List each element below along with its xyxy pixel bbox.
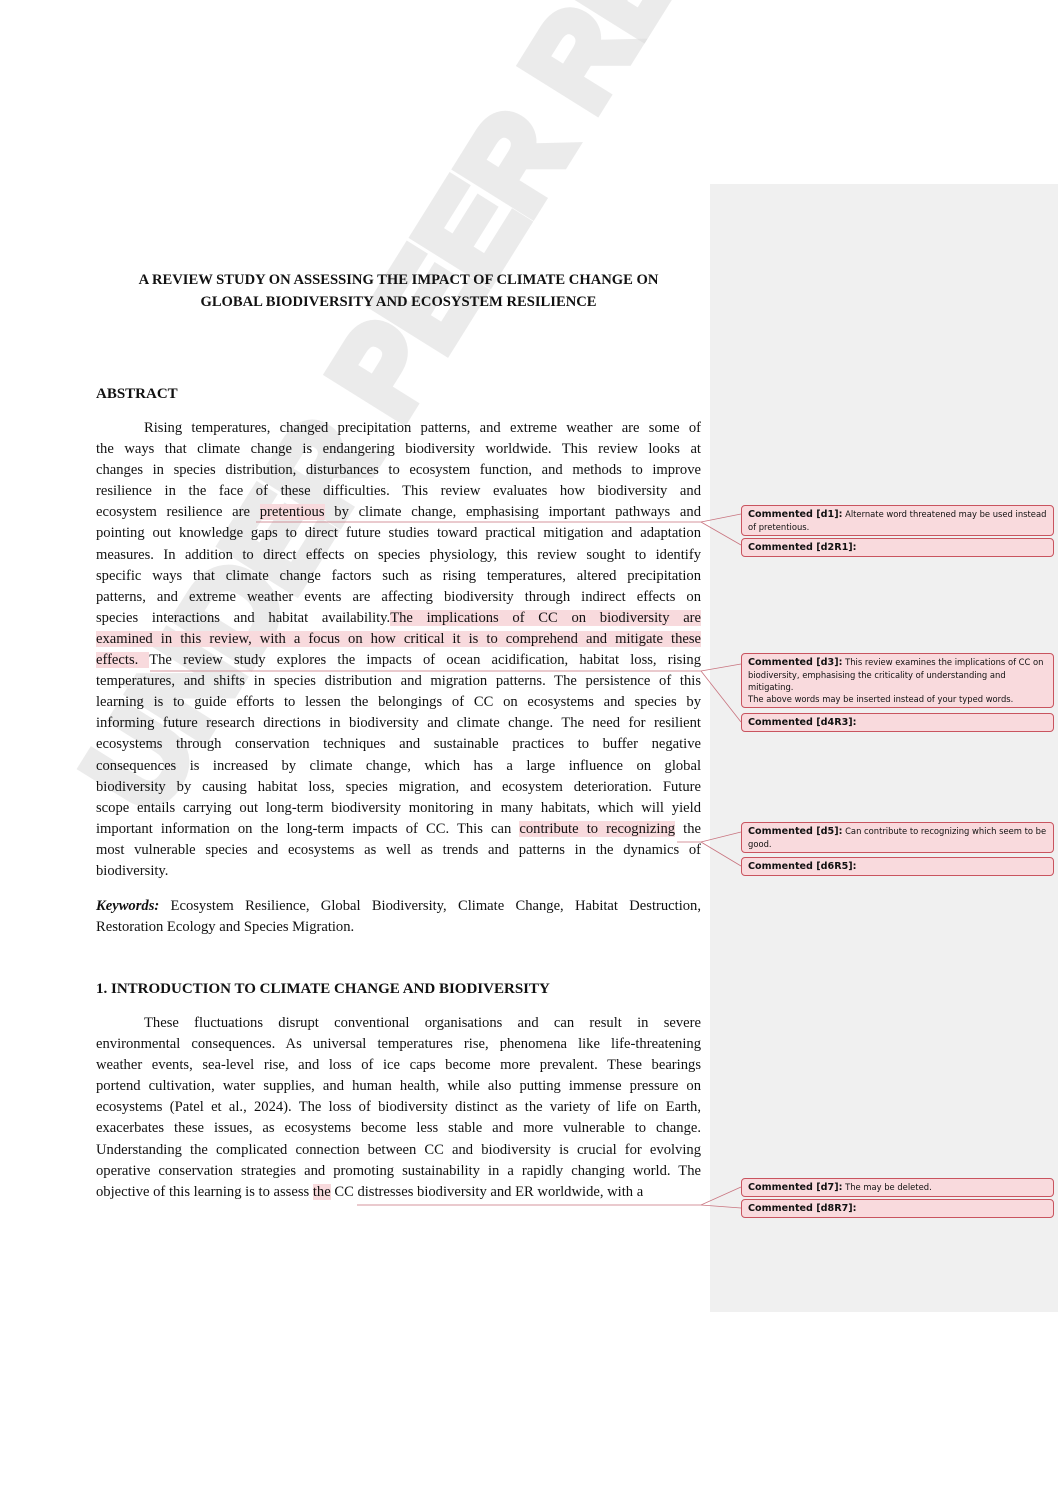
commented-text-highlight[interactable]: examined in this review, with a focus on… xyxy=(96,631,701,647)
keywords: Keywords: Ecosystem Resilience, Global B… xyxy=(96,896,701,938)
comment-author: Commented [d7]: xyxy=(748,1182,842,1193)
comment-d8r7-reply[interactable]: Commented [d8R7]: xyxy=(741,1199,1054,1218)
comments-margin-pane xyxy=(710,184,1058,1312)
comment-d3[interactable]: Commented [d3]: This review examines the… xyxy=(741,653,1054,708)
abstract-heading: ABSTRACT xyxy=(96,386,178,403)
comment-author: Commented [d1]: xyxy=(748,509,842,520)
text-line: learning is to guide efforts to lessen t… xyxy=(96,692,701,713)
text-line: most vulnerable species and ecosystems a… xyxy=(96,840,701,861)
comment-author: Commented [d4R3]: xyxy=(748,717,856,728)
paper-title: A REVIEW STUDY ON ASSESSING THE IMPACT O… xyxy=(96,269,701,313)
text-line: specific ways that climate change factor… xyxy=(96,566,701,587)
comment-author: Commented [d8R7]: xyxy=(748,1203,856,1214)
comment-d1[interactable]: Commented [d1]: Alternate word threatene… xyxy=(741,505,1054,536)
text-line: weather events, sea-level rise, and loss… xyxy=(96,1055,701,1076)
text-line: operative conservation strategies and pr… xyxy=(96,1161,701,1182)
text-line: informing future research directions in … xyxy=(96,713,701,734)
text-line: biodiversity by causing habitat loss, sp… xyxy=(96,777,701,798)
commented-text-highlight[interactable]: The implications of CC on biodiversity a… xyxy=(390,610,701,626)
text-line: consequences is increased by climate cha… xyxy=(96,756,701,777)
text-line: ecosystems through conservation techniqu… xyxy=(96,734,701,755)
text-line: ecosystems (Patel et al., 2024). The los… xyxy=(96,1097,701,1118)
text-line: species interactions and habitat availab… xyxy=(96,608,701,629)
text-line: resilience in the face of these difficul… xyxy=(96,481,701,502)
keywords-line-1: Keywords: Ecosystem Resilience, Global B… xyxy=(96,896,701,917)
text-line: Rising temperatures, changed precipitati… xyxy=(96,418,701,439)
text-line: examined in this review, with a focus on… xyxy=(96,629,701,650)
comment-author: Commented [d3]: xyxy=(748,657,842,668)
comment-d6r5-reply[interactable]: Commented [d6R5]: xyxy=(741,857,1054,876)
comment-d2r1-reply[interactable]: Commented [d2R1]: xyxy=(741,538,1054,557)
text-line: the ways that climate change is endanger… xyxy=(96,439,701,460)
comment-author: Commented [d5]: xyxy=(748,826,842,837)
text-line: These fluctuations disrupt conventional … xyxy=(96,1013,701,1034)
text-line: Understanding the complicated connection… xyxy=(96,1140,701,1161)
text-line: scope entails carrying out long-term bio… xyxy=(96,798,701,819)
text-line: important information on the long-term i… xyxy=(96,819,701,840)
text-line: measures. In addition to direct effects … xyxy=(96,545,701,566)
comment-text-continued: The above words may be inserted instead … xyxy=(748,693,1047,705)
text-line: effects. The review study explores the i… xyxy=(96,650,701,671)
comment-d7[interactable]: Commented [d7]: The may be deleted. xyxy=(741,1178,1054,1197)
text-line: ecosystem resilience are pretentious by … xyxy=(96,502,701,523)
text-line: temperatures, and shifts in species dist… xyxy=(96,671,701,692)
text-line: objective of this learning is to assess … xyxy=(96,1182,701,1203)
comment-d4r3-reply[interactable]: Commented [d4R3]: xyxy=(741,713,1054,732)
keywords-line-2: Restoration Ecology and Species Migratio… xyxy=(96,917,701,938)
text-line: exacerbates these issues, as ecosystems … xyxy=(96,1118,701,1139)
text-line: environmental consequences. As universal… xyxy=(96,1034,701,1055)
text-line: biodiversity. xyxy=(96,861,701,882)
text-line: patterns, and extreme weather events are… xyxy=(96,587,701,608)
commented-text-highlight[interactable]: pretentious xyxy=(260,504,325,520)
comment-author: Commented [d2R1]: xyxy=(748,542,856,553)
keywords-label: Keywords: xyxy=(96,898,159,914)
section-1-body: These fluctuations disrupt conventional … xyxy=(96,1013,701,1203)
comment-author: Commented [d6R5]: xyxy=(748,861,856,872)
text-line: changes in species distribution, disturb… xyxy=(96,460,701,481)
commented-text-highlight[interactable]: contribute to recognizing xyxy=(519,821,675,837)
abstract-body: Rising temperatures, changed precipitati… xyxy=(96,418,701,882)
commented-text-highlight[interactable]: the xyxy=(313,1184,331,1200)
title-line-1: A REVIEW STUDY ON ASSESSING THE IMPACT O… xyxy=(96,269,701,291)
comment-d5[interactable]: Commented [d5]: Can contribute to recogn… xyxy=(741,822,1054,853)
commented-text-highlight[interactable]: effects. xyxy=(96,652,149,668)
text-line: portend cultivation, water supplies, and… xyxy=(96,1076,701,1097)
title-line-2: GLOBAL BIODIVERSITY AND ECOSYSTEM RESILI… xyxy=(96,291,701,313)
comment-text: The may be deleted. xyxy=(842,1182,931,1192)
text-line: pointing out knowledge gaps to direct fu… xyxy=(96,523,701,544)
section-1-heading: 1. INTRODUCTION TO CLIMATE CHANGE AND BI… xyxy=(96,981,550,998)
